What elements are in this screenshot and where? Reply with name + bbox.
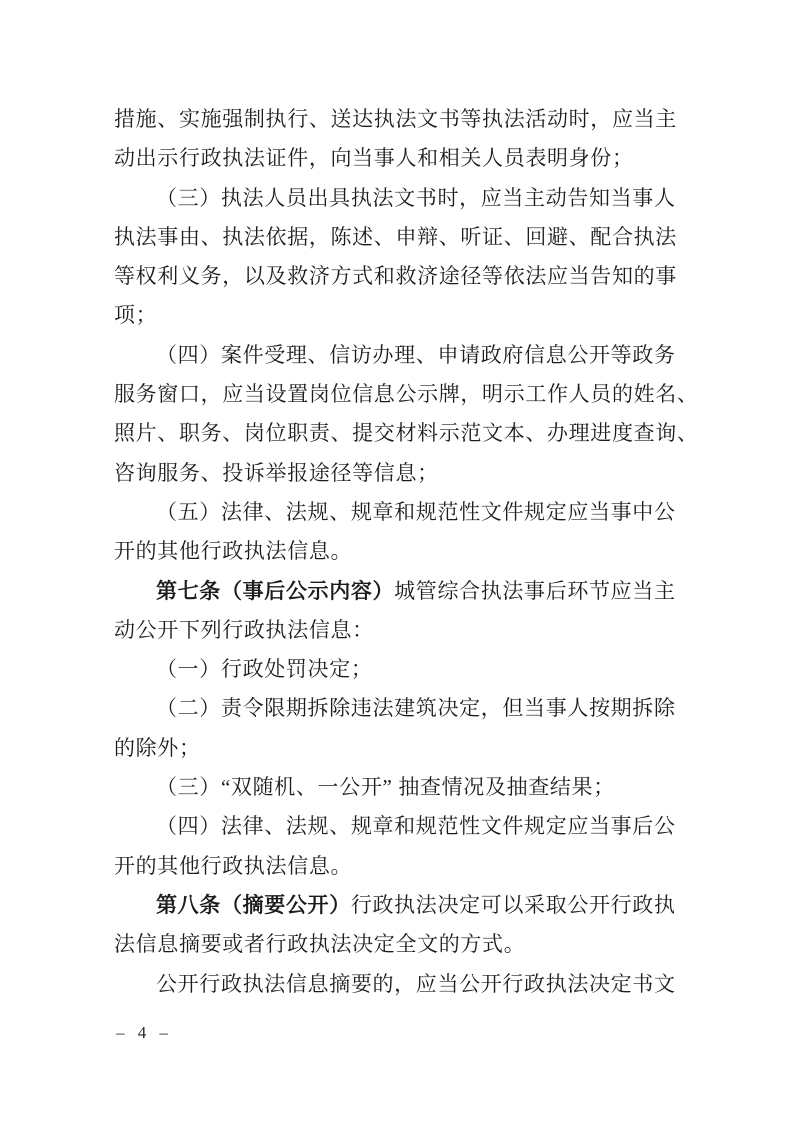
text-segment: 执法事由、执法依据，陈述、申辩、听证、回避、配合执法 bbox=[114, 225, 677, 249]
text-line: 动公开下列行政执法信息： bbox=[114, 611, 680, 650]
text-line: 的除外； bbox=[114, 729, 680, 768]
text-segment: （二）责令限期拆除违法建筑决定，但当事人按期拆除 bbox=[156, 696, 676, 720]
text-line: 项； bbox=[114, 296, 680, 335]
text-line: 法信息摘要或者行政执法决定全文的方式。 bbox=[114, 925, 680, 964]
text-segment: （四）法律、法规、规章和规范性文件规定应当事后公 bbox=[156, 814, 676, 838]
text-segment: 开的其他行政执法信息。 bbox=[114, 854, 352, 878]
text-segment: 公开行政执法信息摘要的，应当公开行政执法决定书文 bbox=[156, 972, 676, 996]
text-segment: （三）执法人员出具执法文书时，应当主动告知当事人 bbox=[156, 186, 676, 210]
text-segment: 法信息摘要或者行政执法决定全文的方式。 bbox=[114, 932, 525, 956]
text-segment: 的除外； bbox=[114, 736, 201, 760]
text-line: 咨询服务、投诉举报途径等信息； bbox=[114, 454, 680, 493]
document-body: 措施、实施强制执行、送达执法文书等执法活动时，应当主动出示行政执法证件，向当事人… bbox=[114, 100, 680, 1004]
text-segment: 动公开下列行政执法信息： bbox=[114, 618, 374, 642]
text-line: 第八条（摘要公开）行政执法决定可以采取公开行政执 bbox=[114, 886, 680, 925]
article-heading: 第七条（事后公示内容） bbox=[156, 579, 394, 603]
text-line: （二）责令限期拆除违法建筑决定，但当事人按期拆除 bbox=[114, 689, 680, 728]
text-segment: 行政执法决定可以采取公开行政执 bbox=[351, 893, 676, 917]
page-number: – 4 – bbox=[116, 1022, 171, 1044]
text-line: 开的其他行政执法信息。 bbox=[114, 847, 680, 886]
article-heading: 第八条（摘要公开） bbox=[156, 893, 351, 917]
text-line: （三）执法人员出具执法文书时，应当主动告知当事人 bbox=[114, 179, 680, 218]
text-segment: 照片、职务、岗位职责、提交材料示范文本、办理进度查询、 bbox=[114, 421, 699, 445]
text-segment: 动出示行政执法证件，向当事人和相关人员表明身份； bbox=[114, 146, 634, 170]
text-line: 公开行政执法信息摘要的，应当公开行政执法决定书文 bbox=[114, 965, 680, 1004]
text-segment: （五）法律、法规、规章和规范性文件规定应当事中公 bbox=[156, 500, 676, 524]
text-line: 服务窗口，应当设置岗位信息公示牌，明示工作人员的姓名、 bbox=[114, 375, 680, 414]
text-line: 照片、职务、岗位职责、提交材料示范文本、办理进度查询、 bbox=[114, 414, 680, 453]
text-line: 第七条（事后公示内容）城管综合执法事后环节应当主 bbox=[114, 572, 680, 611]
text-segment: 项； bbox=[114, 303, 157, 327]
text-segment: 开的其他行政执法信息。 bbox=[114, 539, 352, 563]
text-line: 等权利义务，以及救济方式和救济途径等依法应当告知的事 bbox=[114, 257, 680, 296]
text-segment: （三）“双随机、一公开” 抽查情况及抽查结果； bbox=[156, 775, 615, 799]
text-segment: 服务窗口，应当设置岗位信息公示牌，明示工作人员的姓名、 bbox=[114, 382, 699, 406]
text-line: 开的其他行政执法信息。 bbox=[114, 532, 680, 571]
text-segment: 城管综合执法事后环节应当主 bbox=[394, 579, 675, 603]
text-line: （五）法律、法规、规章和规范性文件规定应当事中公 bbox=[114, 493, 680, 532]
document-page: 措施、实施强制执行、送达执法文书等执法活动时，应当主动出示行政执法证件，向当事人… bbox=[0, 0, 793, 1122]
text-line: 执法事由、执法依据，陈述、申辩、听证、回避、配合执法 bbox=[114, 218, 680, 257]
text-line: （三）“双随机、一公开” 抽查情况及抽查结果； bbox=[114, 768, 680, 807]
text-segment: 咨询服务、投诉举报途径等信息； bbox=[114, 461, 439, 485]
text-line: （四）案件受理、信访办理、申请政府信息公开等政务 bbox=[114, 336, 680, 375]
text-line: （一）行政处罚决定； bbox=[114, 650, 680, 689]
text-line: （四）法律、法规、规章和规范性文件规定应当事后公 bbox=[114, 807, 680, 846]
text-line: 动出示行政执法证件，向当事人和相关人员表明身份； bbox=[114, 139, 680, 178]
text-segment: （四）案件受理、信访办理、申请政府信息公开等政务 bbox=[156, 343, 676, 367]
text-segment: 措施、实施强制执行、送达执法文书等执法活动时，应当主 bbox=[114, 107, 677, 131]
text-segment: 等权利义务，以及救济方式和救济途径等依法应当告知的事 bbox=[114, 264, 677, 288]
text-segment: （一）行政处罚决定； bbox=[156, 657, 373, 681]
text-line: 措施、实施强制执行、送达执法文书等执法活动时，应当主 bbox=[114, 100, 680, 139]
